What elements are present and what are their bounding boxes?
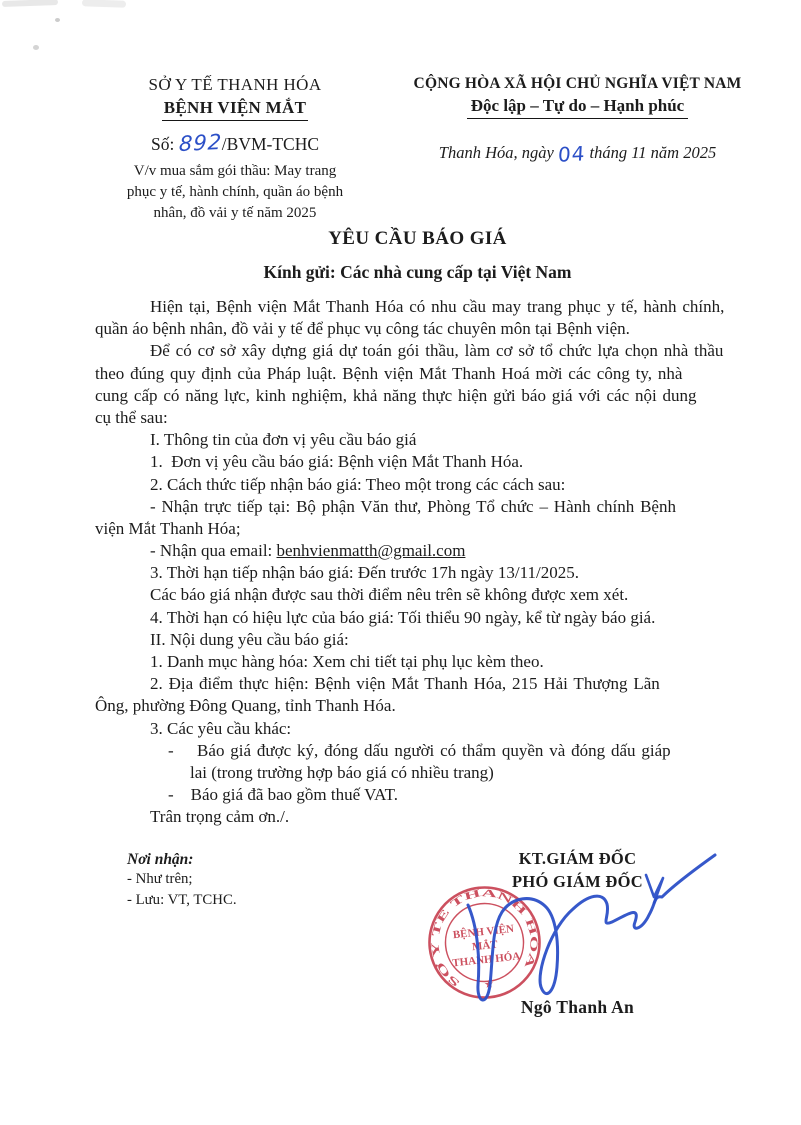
signer-position-line1: KT.GIÁM ĐỐC: [395, 848, 760, 871]
body-line: Để có cơ sở xây dựng giá dự toán gói thầ…: [95, 340, 755, 362]
body-line: quần áo bệnh nhân, đồ vải y tế để phục v…: [95, 318, 755, 340]
doc-number-prefix: Số:: [151, 134, 179, 154]
recipients-item: - Như trên;: [127, 869, 237, 890]
subject-line: V/v mua sắm gói thầu: May trang: [95, 161, 375, 182]
subject-line: phục y tế, hành chính, quần áo bệnh: [95, 182, 375, 203]
national-header-block: CỘNG HÒA XÃ HỘI CHỦ NGHĨA VIỆT NAM Độc l…: [395, 75, 760, 163]
doc-number-suffix: /BVM-TCHC: [222, 134, 319, 154]
national-motto-line1: CỘNG HÒA XÃ HỘI CHỦ NGHĨA VIỆT NAM: [395, 75, 760, 93]
body-line: lai (trong trường hợp báo giá có nhiều t…: [95, 762, 755, 784]
scan-artifact: [82, 0, 126, 8]
document-body: Hiện tại, Bệnh viện Mắt Thanh Hóa có nhu…: [95, 296, 755, 829]
stamp-center-line1: BỆNH VIỆN: [452, 922, 514, 941]
subject-line: nhân, đồ vải y tế năm 2025: [95, 203, 375, 224]
hospital-name: BỆNH VIỆN MẮT: [162, 98, 308, 121]
scan-artifact: [55, 18, 60, 22]
scan-artifact: [33, 45, 39, 50]
dateline-post: tháng 11 năm 2025: [585, 143, 716, 162]
document-number: Số: 892/BVM-TCHC: [95, 133, 375, 155]
body-line-closing: Trân trọng cảm ơn./.: [95, 806, 755, 828]
stamp-graphic: SỞ Y TẾ THANH HÓA BỆNH VIỆN MẮT THANH HÓ…: [418, 876, 551, 1009]
body-line: theo đúng quy định của Pháp luật. Bệnh v…: [95, 363, 755, 385]
body-line-email: - Nhận qua email: benhvienmatth@gmail.co…: [95, 540, 755, 562]
signer-name: Ngô Thanh An: [395, 997, 760, 1018]
body-line: 1. Danh mục hàng hóa: Xem chi tiết tại p…: [95, 651, 755, 673]
recipients-item: - Lưu: VT, TCHC.: [127, 890, 237, 911]
scanned-document-page: SỞ Y TẾ THANH HÓA BỆNH VIỆN MẮT Số: 892/…: [0, 0, 801, 1125]
body-line: 4. Thời hạn có hiệu lực của báo giá: Tối…: [95, 607, 755, 629]
body-line: 3. Thời hạn tiếp nhận báo giá: Đến trước…: [95, 562, 755, 584]
body-line: 2. Cách thức tiếp nhận báo giá: Theo một…: [95, 474, 755, 496]
body-line: cụ thể sau:: [95, 407, 755, 429]
body-line: Các báo giá nhận được sau thời điểm nêu …: [95, 584, 755, 606]
body-line: viện Mắt Thanh Hóa;: [95, 518, 755, 540]
body-line: - Nhận trực tiếp tại: Bộ phận Văn thư, P…: [95, 496, 755, 518]
dateline-pre: Thanh Hóa, ngày: [439, 143, 558, 162]
official-stamp: SỞ Y TẾ THANH HÓA BỆNH VIỆN MẮT THANH HÓ…: [418, 876, 551, 1009]
stamp-center-line2: MẮT: [471, 938, 499, 954]
body-line: - Báo giá đã bao gồm thuế VAT.: [95, 784, 755, 806]
body-line: cung cấp có năng lực, kinh nghiệm, khả n…: [95, 385, 755, 407]
body-line: - Báo giá được ký, đóng dấu người có thẩ…: [95, 740, 755, 762]
body-line: 2. Địa điểm thực hiện: Bệnh viện Mắt Tha…: [95, 673, 755, 695]
body-line: 1. Đơn vị yêu cầu báo giá: Bệnh viện Mắt…: [95, 451, 755, 473]
handwritten-doc-number: 892: [178, 132, 222, 155]
email-address: benhvienmatth@gmail.com: [277, 541, 466, 560]
recipients-block: Nơi nhận: - Như trên; - Lưu: VT, TCHC.: [127, 851, 237, 910]
salutation-line: Kính gửi: Các nhà cung cấp tại Việt Nam: [95, 262, 740, 283]
document-title: YÊU CẦU BÁO GIÁ: [95, 228, 740, 250]
handwritten-day: 04: [557, 141, 586, 166]
stamp-center-line3: THANH HÓA: [452, 950, 521, 969]
place-date-line: Thanh Hóa, ngày 04 tháng 11 năm 2025: [395, 139, 760, 163]
scan-artifact: [2, 0, 58, 7]
issuing-agency-block: SỞ Y TẾ THANH HÓA BỆNH VIỆN MẮT Số: 892/…: [95, 75, 375, 224]
recipients-label: Nơi nhận:: [127, 851, 237, 869]
email-label: - Nhận qua email:: [150, 541, 277, 560]
document-subject: V/v mua sắm gói thầu: May trang phục y t…: [95, 161, 375, 224]
stamp-star-icon: ★: [483, 978, 494, 991]
body-line-section-I: I. Thông tin của đơn vị yêu cầu báo giá: [95, 429, 755, 451]
body-line: Hiện tại, Bệnh viện Mắt Thanh Hóa có nhu…: [95, 296, 755, 318]
body-line: Ông, phường Đông Quang, tỉnh Thanh Hóa.: [95, 695, 755, 717]
national-motto-line2: Độc lập – Tự do – Hạnh phúc: [467, 96, 688, 119]
parent-agency-name: SỞ Y TẾ THANH HÓA: [95, 75, 375, 95]
body-line: 3. Các yêu cầu khác:: [95, 718, 755, 740]
body-line-section-II: II. Nội dung yêu cầu báo giá:: [95, 629, 755, 651]
